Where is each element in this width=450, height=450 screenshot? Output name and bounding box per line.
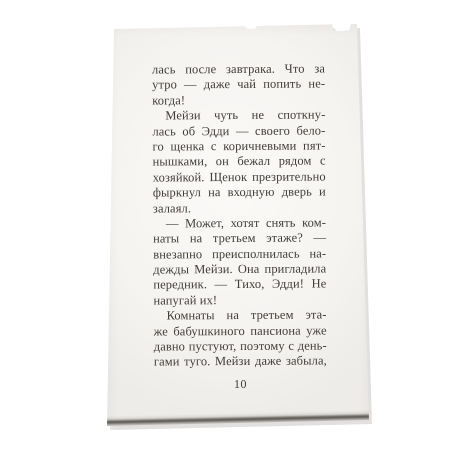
text-line: когда! bbox=[152, 92, 325, 108]
text-line: Мейзи чуть не споткну- bbox=[152, 108, 325, 124]
text-line: давно пустуют, поэтому с день- bbox=[154, 339, 327, 355]
text-line: напугай их! bbox=[153, 292, 326, 308]
text-line: передник. — Тихо, Эдди! Не bbox=[153, 277, 326, 293]
text-line: го щенка с коричневыми пят- bbox=[152, 138, 325, 154]
text-lines: лась после завтрака. Что заутро — даже ч… bbox=[152, 61, 327, 370]
text-line: хозяйкой. Щенок презрительно bbox=[153, 169, 326, 185]
text-line: Комнаты на третьем эта- bbox=[153, 308, 326, 324]
page-number: 10 bbox=[154, 376, 327, 392]
text-line: — Может, хотят снять ком- bbox=[153, 215, 326, 231]
page-text: лась после завтрака. Что заутро — даже ч… bbox=[152, 61, 327, 392]
text-line: дежды Мейзи. Она пригладила bbox=[153, 262, 326, 278]
text-line: же бабушкиного пансиона уже bbox=[154, 323, 327, 339]
text-line: лась об Эдди — своего бело- bbox=[152, 123, 325, 139]
text-line: наты на третьем этаже? — bbox=[153, 231, 326, 247]
book-page: лась после завтрака. Что заутро — даже ч… bbox=[105, 20, 375, 430]
text-line: залаял. bbox=[153, 200, 326, 216]
text-line: утро — даже чай попить не- bbox=[152, 77, 325, 93]
text-line: фыркнул на входную дверь и bbox=[153, 185, 326, 201]
book-page-photo: лась после завтрака. Что заутро — даже ч… bbox=[0, 0, 450, 450]
text-line: внезапно преисполнилась на- bbox=[153, 246, 326, 262]
text-line: гами туго. Мейзи даже забыла, bbox=[154, 354, 327, 370]
text-line: нышками, он бежал рядом с bbox=[153, 154, 326, 170]
text-line: лась после завтрака. Что за bbox=[152, 61, 325, 77]
